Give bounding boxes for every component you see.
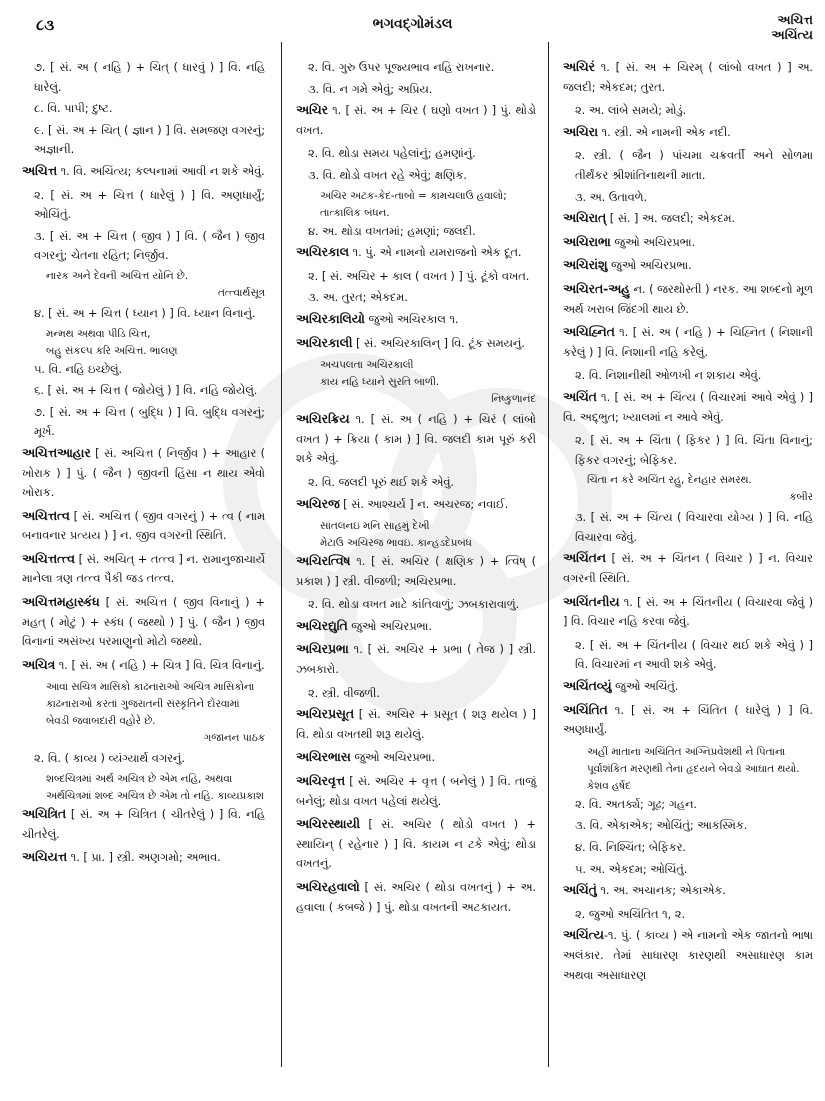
dictionary-entry: અચિરહવાલો [ સં. અચિર ( થોડા વખતનું ) + અ…	[296, 878, 536, 917]
dictionary-entry: અચિહ્નિત ૧. [ સં. અ ( નહિ ) + ચિહ્નિત ( …	[563, 323, 813, 362]
column-3: અચિરં ૧. [ સં. અ + ચિરમ્ ( લાંબો વખત ) ]…	[563, 58, 813, 989]
headword: અચિરા	[563, 125, 598, 139]
definition: ૧. સ્ત્રી. એ નામની એક નદી.	[598, 126, 731, 139]
quote-citation: ગજાનન પાઠક	[22, 730, 265, 747]
sense-definition: ૨. વિ. થોડા વખત માટે કાંતિવાળું; ઝબકારાવ…	[308, 595, 536, 615]
headword: અચિંતન	[563, 551, 606, 565]
quote-citation: નિષ્કુળાનંદ	[296, 391, 536, 408]
usage-quote: ચિંતા ન કરે અચિંત રહુ, દેનહાર સમરથ.	[587, 472, 813, 489]
headword: અચિરકાલ	[296, 245, 349, 259]
sense-definition: ૨. વિ. જલદી પૂરું થઈ શકે એવું.	[308, 473, 536, 493]
headword: અચિયત્ત	[22, 850, 67, 864]
headword: અચિંતવ્યું	[563, 679, 612, 693]
dictionary-entry: અચિર ૧. [ સં. અ + ચિર ( ઘણો વખત ) ] પું.…	[296, 101, 536, 140]
sense-definition: ૩. [ સં. અ + ચિંત્ય ( વિચારવા યોગ્ય ) ] …	[575, 508, 813, 547]
sense-definition: ૩. વિ. એકાએક; ઓચિંતું; આકસ્મિક.	[575, 816, 813, 836]
headword: અચિત્ર	[22, 658, 55, 672]
usage-quote: અચપલતા અચિરકાલી	[320, 357, 536, 374]
usage-quote: અચિર અટક-કેદ-તાબો = કામચલાઉ હવાલો; તાત્ક…	[320, 188, 536, 222]
headword: અચિરહવાલો	[296, 880, 360, 894]
dictionary-entry: અચિત્ત ૧. વિ. અચિંત્ય; કલ્પનામાં આવી ન શ…	[22, 162, 265, 182]
usage-quote: સાંતલનઇ મનિ સાહમું દેખી	[320, 518, 536, 535]
dictionary-entry: અચિત્રિત [ સં. અ + ચિત્રિત ( ચીતરેલું ) …	[22, 805, 265, 844]
quote-citation: કબીર	[563, 489, 813, 506]
dictionary-entry: અચિંતવ્યું જુઓ અચિંતું.	[563, 677, 813, 697]
sense-definition: ૩. અ. ઉતાવળે.	[575, 188, 813, 208]
headword: અચિત્ત	[22, 164, 57, 178]
sense-definition: ૨. [ સં. અ + ચિત્ત ( ધારેલું ) ] વિ. અણધ…	[34, 186, 265, 225]
sense-definition: ૮. વિ. પાપી; દુષ્ટ.	[34, 99, 265, 119]
dictionary-entry: અચિરકાલ ૧. પું. એ નામનો યમરાજનો એક દૂત.	[296, 243, 536, 263]
sense-definition: ૨. જુઓ અચિંતિત ૧, ૨.	[575, 905, 813, 925]
headword: અચિંતિત	[563, 703, 608, 717]
definition: ૧. [ સં. અ + ચિંત્ય ( વિચારમાં આવે એવું …	[563, 391, 813, 424]
dictionary-entry: અચિરપ્રસૂત [ સં. અચિર + પ્રસૂત ( શરૂ થયે…	[296, 705, 536, 744]
usage-quote: શબ્દચિત્રમાં અર્થ અચિત્ર છે એમ નહિ, અથવા…	[46, 771, 265, 805]
definition: ૧. અ. અચાનક; એકાએક.	[597, 884, 726, 897]
headword: અચિંત્ય	[563, 928, 604, 942]
definition: ૧. પું. એ નામનો યમરાજનો એક દૂત.	[349, 246, 522, 259]
sense-definition: ૨. વિ. અતર્ક્ય; ગૂઢ; ગહન.	[575, 795, 813, 815]
headword: અચિરકાલિયો	[296, 312, 365, 326]
headword: અચિહ્નિત	[563, 325, 615, 339]
usage-quote: નારક અને દેવની અચિત્ત યોનિ છે.	[46, 268, 265, 285]
dictionary-entry: અચિરા ૧. સ્ત્રી. એ નામની એક નદી.	[563, 123, 813, 143]
headword: અચિરજ	[296, 497, 340, 511]
definition: જુઓ અચિંતું.	[612, 680, 679, 693]
page-header: ૮૩ ભગવદ્ગોમંડલ અચિત્ત અચિંત્ય	[0, 0, 825, 58]
sense-definition: ૩. વિ. ન ગમે એવું; અપ્રિય.	[308, 80, 536, 100]
definition: [ સં. અચિરકાલિન્ ] વિ. ટૂંક સમયનું.	[352, 337, 524, 350]
sense-definition: ૩. [ સં. અ + ચિત્ત ( જીવ ) ] વિ. ( જૈન )…	[34, 227, 265, 266]
usage-quote: મેટાઉ અચિરજ ભાવઇ. કાન્હડદેપ્રબંધ	[320, 535, 536, 552]
dictionary-entry: અચિરાભા જુઓ અચિરપ્રભા.	[563, 233, 813, 253]
column-divider	[548, 42, 549, 1067]
sense-definition: ૬. [ સં. અ + ચિત્ત ( જોયેલું ) ] વિ. નહિ…	[34, 381, 265, 401]
dictionary-entry: અચિરસ્થાયી [ સં. અચિર ( થોડો વખત ) + સ્થ…	[296, 815, 536, 874]
dictionary-entry: અચિત્તઆહાર [ સં. અચિત્ત ( નિર્જીવ ) + આહ…	[22, 444, 265, 503]
headword: અચિરાંશુ	[563, 258, 607, 272]
headword: અચિરં	[563, 60, 595, 74]
sense-definition: ૨. [ સં. અચિર + કાલ ( વખત ) ] પું. ટૂંકો…	[308, 267, 536, 287]
dictionary-entry: અચિંતન [ સં. અ + ચિંતન ( વિચાર ) ] ન. વિ…	[563, 549, 813, 588]
guide-words: અચિત્ત અચિંત્ય	[772, 12, 813, 42]
sense-definition: ૫. વિ. નહિ ઇચ્છેલું.	[34, 360, 265, 380]
quote-citation: તત્ત્વાર્થસૂત્ર	[22, 285, 265, 302]
dictionary-entry: અચિંત ૧. [ સં. અ + ચિંત્ય ( વિચારમાં આવે…	[563, 388, 813, 427]
sense-definition: ૭. [ સં. અ ( નહિ ) + ચિત્ ( ધારવું ) ] વ…	[34, 58, 265, 97]
sense-definition: ૨. અ. લાંબે સમયે; મોડું.	[575, 101, 813, 121]
dictionary-entry: અચિરદ્યુતિ જુઓ અચિરપ્રભા.	[296, 617, 536, 637]
headword: અચિત્તત્ત્વ	[22, 552, 75, 566]
headword: અચિરાભા	[563, 235, 611, 249]
running-title: ભગવદ્ગોમંડલ	[0, 16, 825, 32]
sense-definition: ૫. અ. એકદમ; ઓચિંતું.	[575, 860, 813, 880]
usage-quote: બહુ સંકલ્પ કરિ અચિત્ત. ભાલણ	[46, 343, 265, 360]
dictionary-entry: અચિંતિત ૧. [ સં. અ + ચિંતિત ( ધારેલું ) …	[563, 701, 813, 740]
column-divider	[281, 42, 282, 1067]
definition: ૧. [ સં. અ + ચિરમ્ ( લાંબો વખત ) ] અ. જલ…	[563, 61, 813, 94]
headword: અચિરાત્	[563, 211, 606, 225]
headword: અચિંતું	[563, 883, 597, 897]
sense-definition: ૨. સ્ત્રી. ( જૈન ) પાંચમા ચક્રવર્તી અને …	[575, 146, 813, 185]
sense-definition: ૨. સ્ત્રી. વીજળી.	[308, 684, 536, 704]
usage-quote: કાય નહિ ધ્યાને સુરતિ બાળી.	[320, 374, 536, 391]
usage-quote: અહીં માતાના અચિંતિત અગ્નિપ્રવેશથી ને પિત…	[587, 744, 813, 795]
dictionary-entry: અચિરત-અહુ ન. ( જરથોસ્તી ) નરક. આ શબ્દનો …	[563, 280, 813, 319]
headword: અચિરત-અહુ	[563, 282, 630, 296]
sense-definition: ૨. વિ. ( કાવ્ય ) વ્યંગ્યાર્થ વગરનું.	[34, 749, 265, 769]
definition: ૧. વિ. અચિંત્ય; કલ્પનામાં આવી ન શકે એવું…	[57, 165, 265, 178]
sense-definition: ૯. [ સં. અ + ચિત્ ( જ્ઞાન ) ] વિ. સમજણ વ…	[34, 121, 265, 160]
headword: અચિરદ્યુતિ	[296, 619, 348, 633]
dictionary-entry: અચિરત્વિષ ૧. [ સં. અચિર ( ક્ષણિક ) + ત્વ…	[296, 552, 536, 591]
dictionary-entry: અચિંત્ય-૧. પું. ( કાવ્ય ) એ નામનો એક જાત…	[563, 926, 813, 985]
sense-definition: ૨. વિ. નિશાનીથી ઓળખી ન શકાય એવું.	[575, 366, 813, 386]
sense-definition: ૨. [ સં. અ + ચિંતા ( ફિકર ) ] વિ. ચિંતા …	[575, 431, 813, 470]
headword: અચિરભાસ	[296, 750, 351, 764]
sense-definition: ૩. વિ. થોડો વખત રહે એવું; ક્ષણિક.	[308, 166, 536, 186]
headword: અચિત્તમહાસ્કંધ	[22, 595, 100, 609]
sense-definition: ૨. વિ. ગુરુ ઉપર પૂજ્યભાવ નહિ રાખનાર.	[308, 58, 536, 78]
usage-quote: મન્મથ અથવા પીડિ ચિત્ત,	[46, 326, 265, 343]
headword: અચિત્તત્વ	[22, 509, 70, 523]
headword: અચિત્રિત	[22, 807, 66, 821]
dictionary-entry: અચિરં ૧. [ સં. અ + ચિરમ્ ( લાંબો વખત ) ]…	[563, 58, 813, 97]
dictionary-entry: અચિરપ્રભા ૧. [ સં. અચિર + પ્રભા ( તેજ ) …	[296, 640, 536, 679]
dictionary-entry: અચિરજ [ સં. આશ્ચર્ય ] ન. અચરજ; નવાઈ.	[296, 495, 536, 515]
dictionary-entry: અચિરક્રિય ૧. [ સં. અ ( નહિ ) + ચિરં ( લા…	[296, 410, 536, 469]
definition: જુઓ અચિરપ્રભા.	[611, 236, 695, 249]
headword: અચિત્તઆહાર	[22, 446, 91, 460]
dictionary-entry: અચિત્તમહાસ્કંધ [ સં. અચિત્ત ( જીવ વિનાનુ…	[22, 593, 265, 652]
column-1: ૭. [ સં. અ ( નહિ ) + ચિત્ ( ધારવું ) ] વ…	[22, 58, 265, 872]
dictionary-entry: અચિંતું ૧. અ. અચાનક; એકાએક.	[563, 881, 813, 901]
definition: જુઓ અચિરપ્રભા.	[607, 259, 691, 272]
sense-definition: ૪. વિ. નિશ્ચિંત; બેફિકર.	[575, 838, 813, 858]
definition: ૧. [ સં. અ ( નહિ ) + ચિત્ર ] વિ. ચિત્ર વ…	[55, 659, 265, 672]
sense-definition: ૨. [ સં. અ + ચિંતનીય ( વિચાર થઈ શકે એવું…	[575, 636, 813, 675]
headword: અચિરપ્રસૂત	[296, 707, 354, 721]
sense-definition: ૭. [ સં. અ + ચિત્ત ( બુદ્ધિ ) ] વિ. બુદ્…	[34, 403, 265, 442]
column-2: ૨. વિ. ગુરુ ઉપર પૂજ્યભાવ નહિ રાખનાર.૩. વ…	[296, 58, 536, 921]
dictionary-entry: અચિરવૃત્ત [ સં. અચિર + વૃત્ત ( બનેલું ) …	[296, 772, 536, 811]
definition: જુઓ અચિરપ્રભા.	[351, 751, 435, 764]
dictionary-entry: અચિરાત્ [ સં. ] અ. જલદી; એકદમ.	[563, 209, 813, 229]
headword: અચિંતનીય	[563, 595, 620, 609]
definition: ૧. [ સં. અ + ચિર ( ઘણો વખત ) ] પું. થોડો…	[296, 104, 536, 137]
guide-word-first: અચિત્ત	[772, 12, 813, 27]
sense-definition: ૨. વિ. થોડા સમય પહેલાંનું; હમણાંનું.	[308, 144, 536, 164]
definition: [ સં. ] અ. જલદી; એકદમ.	[606, 212, 735, 225]
headword: અચિરક્રિય	[296, 412, 349, 426]
guide-word-last: અચિંત્ય	[772, 27, 813, 42]
dictionary-entry: અચિરભાસ જુઓ અચિરપ્રભા.	[296, 748, 536, 768]
dictionary-entry: અચિયત્ત ૧. [ પ્રા. ] સ્ત્રી. અણગમો; અભાવ…	[22, 848, 265, 868]
dictionary-entry: અચિત્તત્વ [ સં. અચિત્ત ( જીવ વગરનું ) + …	[22, 507, 265, 546]
usage-quote: આવાં સચિત્ર માસિકો કાઢનારાઓ અચિત્ર માસિક…	[46, 679, 265, 730]
dictionary-entry: અચિરાંશુ જુઓ અચિરપ્રભા.	[563, 256, 813, 276]
dictionary-entry: અચિરકાલિયો જુઓ અચિરકાલ ૧.	[296, 310, 536, 330]
definition: જુઓ અચિરકાલ ૧.	[365, 313, 459, 326]
headword: અચિરત્વિષ	[296, 554, 350, 568]
sense-definition: ૪. અ. થોડા વખતમાં; હમણાં; જલદી.	[308, 222, 536, 242]
headword: અચિરપ્રભા	[296, 642, 349, 656]
sense-definition: ૪. [ સં. અ + ચિત્ત ( ધ્યાન ) ] વિ. ધ્યાન…	[34, 304, 265, 324]
headword: અચિરકાલી	[296, 336, 352, 350]
definition: [ સં. આશ્ચર્ય ] ન. અચરજ; નવાઈ.	[340, 498, 509, 511]
headword: અચિરવૃત્ત	[296, 774, 345, 788]
dictionary-entry: અચિત્ર ૧. [ સં. અ ( નહિ ) + ચિત્ર ] વિ. …	[22, 656, 265, 676]
dictionary-entry: અચિત્તત્ત્વ [ સં. અચિત્ + તત્ત્વ ] ન. રા…	[22, 550, 265, 589]
headword: અચિરસ્થાયી	[296, 817, 360, 831]
definition: જુઓ અચિરપ્રભા.	[348, 620, 432, 633]
dictionary-entry: અચિરકાલી [ સં. અચિરકાલિન્ ] વિ. ટૂંક સમય…	[296, 334, 536, 354]
headword: અચિંત	[563, 390, 597, 404]
headword: અચિર	[296, 103, 328, 117]
dictionary-entry: અચિંતનીય ૧. [ સં. અ + ચિંતનીય ( વિચારવા …	[563, 593, 813, 632]
sense-definition: ૩. અ. તુરત; એકદમ.	[308, 288, 536, 308]
definition: ૧. [ પ્રા. ] સ્ત્રી. અણગમો; અભાવ.	[67, 851, 221, 864]
